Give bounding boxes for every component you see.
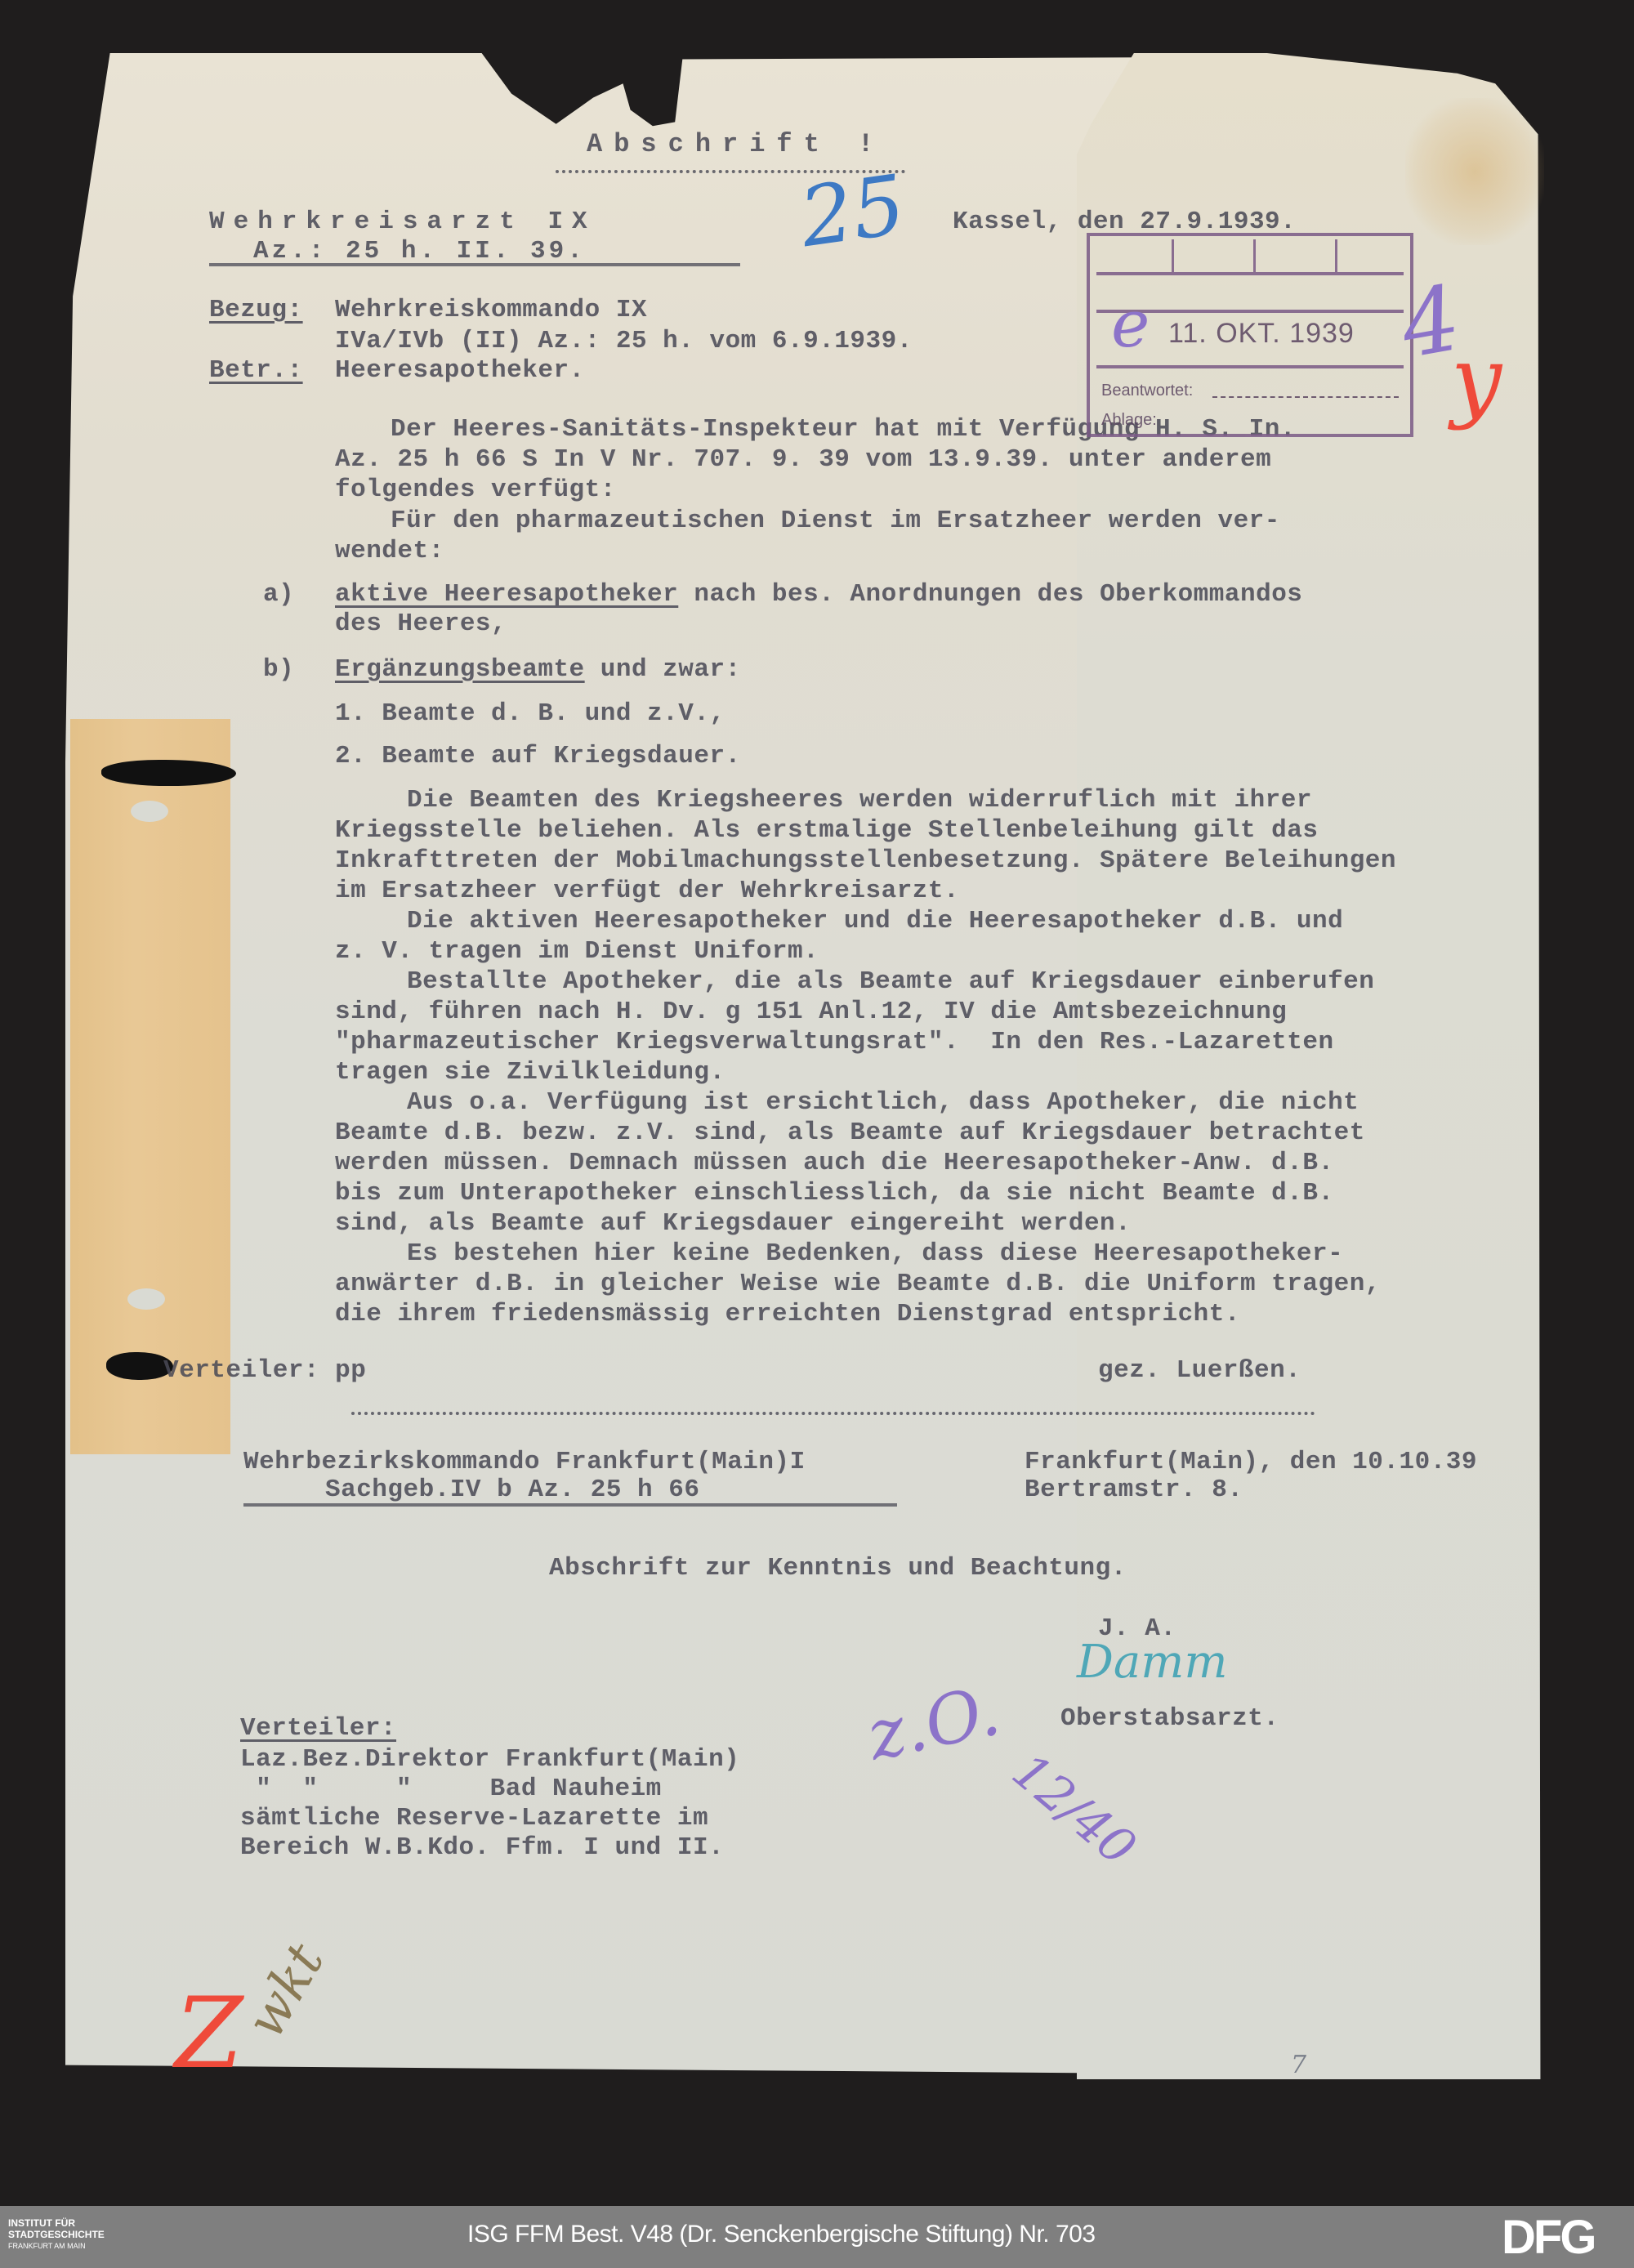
- archive-footer: INSTITUT FÜR STADTGESCHICHTE FRANKFURT A…: [0, 2206, 1634, 2268]
- institution-line: INSTITUT FÜR: [8, 2217, 105, 2229]
- second-sender-reference: Sachgeb.IV b Az. 25 h 66: [325, 1476, 699, 1504]
- body-line: wendet:: [335, 537, 444, 565]
- section-separator: [351, 1412, 1315, 1415]
- stamp-filed-label: Ablage:: [1101, 411, 1157, 430]
- distribution-top: Verteiler: pp: [163, 1356, 366, 1385]
- punch-hole: [127, 1288, 165, 1310]
- list-item-a: aktive Heeresapotheker nach bes. Anordnu…: [335, 580, 1302, 609]
- place-date: Kassel, den 27.9.1939.: [953, 208, 1296, 236]
- archive-caption: ISG FFM Best. V48 (Dr. Senckenbergische …: [467, 2221, 1096, 2248]
- paragraph-line: z. V. tragen im Dienst Uniform.: [335, 937, 819, 966]
- distribution-line: Bereich W.B.Kdo. Ffm. I und II.: [240, 1833, 724, 1862]
- paragraph-line: sind, als Beamte auf Kriegsdauer eingere…: [335, 1209, 1131, 1238]
- paragraph-line: Die Beamten des Kriegsheeres werden wide…: [407, 786, 1312, 815]
- sublist-item: 1. Beamte d. B. und z.V.,: [335, 699, 725, 728]
- sender-reference: Az.: 25 h. II. 39.: [253, 237, 586, 266]
- body-line: Für den pharmazeutischen Dienst im Ersat…: [391, 507, 1280, 535]
- stain-mark: [1405, 98, 1544, 245]
- bezug-label: Bezug:: [209, 296, 303, 324]
- dfg-logo: DFG: [1502, 2214, 1594, 2261]
- paragraph-line: die ihrem friedensmässig erreichten Dien…: [335, 1300, 1240, 1328]
- paragraph-line: bis zum Unterapotheker einschliesslich, …: [335, 1179, 1334, 1208]
- copy-note: Abschrift zur Kenntnis und Beachtung.: [549, 1554, 1127, 1583]
- second-place-date: Frankfurt(Main), den 10.10.39: [1025, 1448, 1477, 1476]
- distribution-label: Verteiler:: [240, 1714, 396, 1743]
- sender-office: Wehrkreisarzt IX: [209, 208, 596, 236]
- sender-rule: [209, 263, 740, 266]
- list-item-b: Ergänzungsbeamte und zwar:: [335, 655, 741, 684]
- second-sender-office: Wehrbezirkskommando Frankfurt(Main)I: [243, 1448, 806, 1476]
- distribution-line: Laz.Bez.Direktor Frankfurt(Main): [240, 1745, 739, 1774]
- bezug-line: Wehrkreiskommando IX: [335, 296, 647, 324]
- paragraph-line: tragen sie Zivilkleidung.: [335, 1058, 725, 1087]
- second-address: Bertramstr. 8.: [1025, 1476, 1243, 1504]
- stamp-date: 11. OKT. 1939: [1168, 318, 1355, 350]
- punch-hole-torn-top: [101, 760, 236, 786]
- list-item-a-emphasis: aktive Heeresapotheker: [335, 580, 678, 609]
- paragraph-line: werden müssen. Demnach müssen auch die H…: [335, 1149, 1334, 1177]
- sublist-item: 2. Beamte auf Kriegsdauer.: [335, 742, 741, 770]
- paragraph-line: Es bestehen hier keine Bedenken, dass di…: [407, 1239, 1343, 1268]
- signed-by: gez. Luerßen.: [1098, 1356, 1301, 1385]
- paragraph-line: anwärter d.B. in gleicher Weise wie Beam…: [335, 1270, 1381, 1298]
- betr-value: Heeresapotheker.: [335, 356, 585, 385]
- paragraph-line: "pharmazeutischer Kriegsverwaltungsrat".…: [335, 1028, 1334, 1056]
- betr-label: Betr.:: [209, 356, 303, 385]
- paragraph-line: Die aktiven Heeresapotheker und die Heer…: [407, 907, 1343, 935]
- institution-line: STADTGESCHICHTE: [8, 2229, 105, 2240]
- handwritten-stamp-initial: e: [1111, 286, 1150, 362]
- paragraph-line: im Ersatzheer verfügt der Wehrkreisarzt.: [335, 877, 959, 905]
- paragraph-line: Aus o.a. Verfügung ist ersichtlich, dass…: [407, 1088, 1359, 1117]
- signer-rank: Oberstabsarzt.: [1060, 1704, 1279, 1733]
- institution-logo: INSTITUT FÜR STADTGESCHICHTE FRANKFURT A…: [8, 2217, 105, 2252]
- distribution-line: sämtliche Reserve-Lazarette im: [240, 1804, 708, 1833]
- handwritten-red-mark-right: y: [1451, 327, 1502, 431]
- repair-tape: [70, 719, 230, 1454]
- handwritten-signature: Damm: [1077, 1636, 1228, 1689]
- handwritten-blue-number: 25: [794, 157, 910, 266]
- document-heading: Abschrift !: [587, 129, 885, 159]
- list-marker-a: a): [263, 580, 294, 609]
- second-sender-rule: [243, 1503, 897, 1507]
- list-marker-b: b): [263, 655, 294, 684]
- page-number-mark: 7: [1291, 2051, 1306, 2079]
- paragraph-line: Bestallte Apotheker, die als Beamte auf …: [407, 967, 1374, 996]
- body-line: folgendes verfügt:: [335, 475, 616, 504]
- institution-line: FRANKFURT AM MAIN: [8, 2240, 105, 2252]
- punch-hole: [131, 801, 168, 822]
- paragraph-line: Beamte d.B. bezw. z.V. sind, als Beamte …: [335, 1118, 1365, 1147]
- paragraph-line: Inkrafttreten der Mobilmachungsstellenbe…: [335, 846, 1396, 875]
- list-item-b-emphasis: Ergänzungsbeamte: [335, 655, 585, 684]
- body-line: Az. 25 h 66 S In V Nr. 707. 9. 39 vom 13…: [335, 445, 1271, 474]
- distribution-line: " " " Bad Nauheim: [240, 1775, 662, 1803]
- list-item-b-text: und zwar:: [585, 655, 741, 684]
- stamp-answered-label: Beantwortet:: [1101, 382, 1193, 400]
- list-item-a-line2: des Heeres,: [335, 609, 507, 638]
- paragraph-line: Kriegsstelle beliehen. Als erstmalige St…: [335, 816, 1319, 845]
- handwritten-red-bottom: Z: [175, 1977, 243, 2091]
- bezug-line: IVa/IVb (II) Az.: 25 h. vom 6.9.1939.: [335, 327, 913, 355]
- paragraph-line: sind, führen nach H. Dv. g 151 Anl.12, I…: [335, 998, 1287, 1026]
- list-item-a-text: nach bes. Anordnungen des Oberkommandos: [678, 580, 1302, 609]
